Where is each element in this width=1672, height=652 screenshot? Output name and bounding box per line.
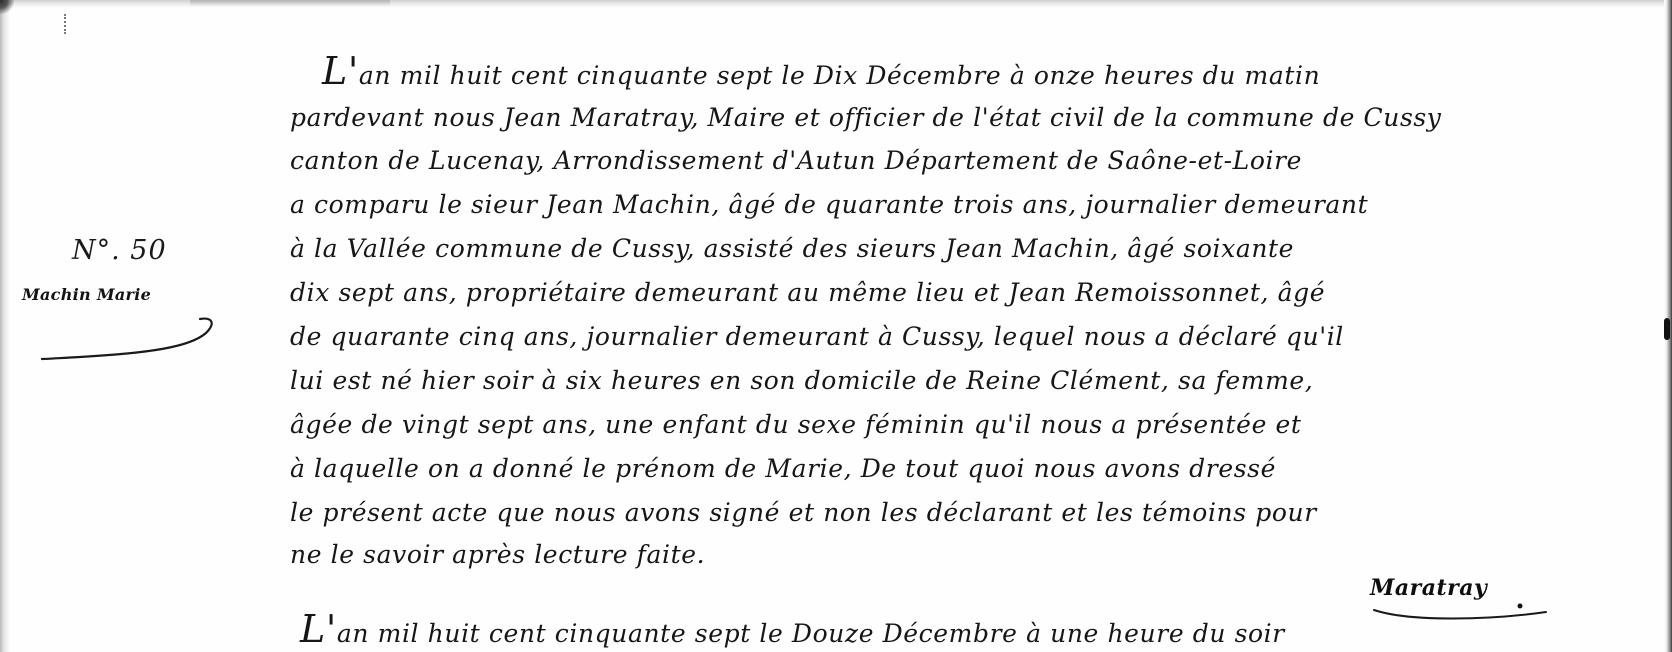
record-line-8: lui est né hier soir à six heures en son…	[290, 366, 1313, 396]
record-line-6: dix sept ans, propriétaire demeurant au …	[290, 278, 1325, 308]
record-line-9: âgée de vingt sept ans, une enfant du se…	[290, 410, 1302, 440]
record-line-1: L'an mil huit cent cinquante sept le Dix…	[322, 56, 1320, 91]
record-line-5: à la Vallée commune de Cussy, assisté de…	[290, 234, 1294, 264]
record-body: L'an mil huit cent cinquante sept le Dix…	[0, 0, 1672, 652]
record-line-10: à laquelle on a donné le prénom de Marie…	[290, 454, 1276, 484]
record-line-3: canton de Lucenay, Arrondissement d'Autu…	[290, 146, 1302, 176]
record-line-4: a comparu le sieur Jean Machin, âgé de q…	[290, 190, 1368, 220]
record-line-11: le présent acte que nous avons signé et …	[290, 498, 1317, 528]
mayor-signature: Maratray	[1370, 575, 1487, 601]
signature-underline-icon	[1370, 600, 1550, 630]
next-record-line-1: L'an mil huit cent cinquante sept le Dou…	[300, 614, 1285, 649]
record-line-7: de quarante cinq ans, journalier demeura…	[290, 322, 1344, 352]
record-line-2: pardevant nous Jean Maratray, Maire et o…	[290, 103, 1442, 133]
register-page: N°. 50 Machin Marie L'an mil huit cent c…	[0, 0, 1672, 652]
record-line-12: ne le savoir après lecture faite.	[290, 540, 705, 570]
